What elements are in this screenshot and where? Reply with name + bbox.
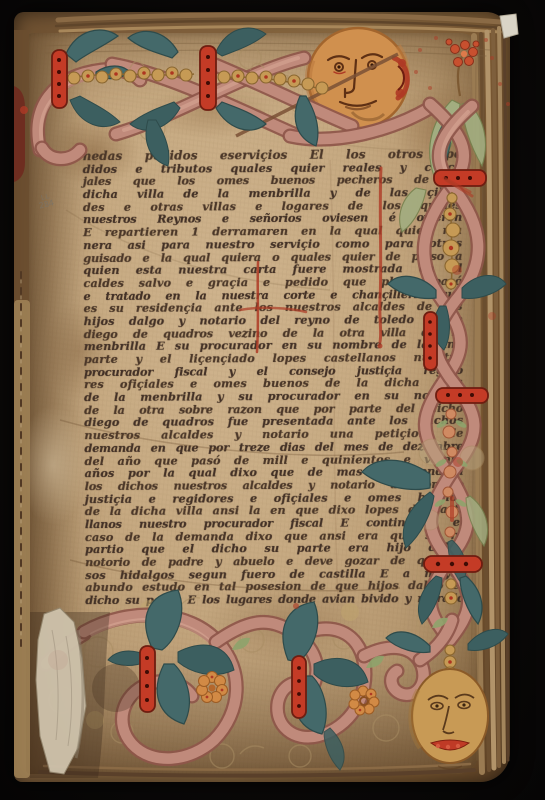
bottom-clasp-left [140, 646, 155, 712]
parchment-wrinkles [60, 120, 420, 600]
binding-sliver [14, 86, 25, 182]
top-red-clasp-left [52, 50, 67, 108]
right-clasp-2 [436, 388, 488, 403]
rosette-left [197, 672, 228, 703]
bottom-clasp-right [292, 656, 306, 718]
torn-vellum-scrap [36, 608, 86, 774]
photo-backdrop: nedas pedidos eserviçios El los otros pe… [0, 0, 545, 800]
right-clasp-3 [424, 556, 482, 572]
top-red-clasp-center [200, 46, 216, 110]
illumination-overlay [0, 0, 545, 800]
right-clasp-1 [434, 170, 486, 186]
right-vertical-clasp [424, 312, 437, 370]
